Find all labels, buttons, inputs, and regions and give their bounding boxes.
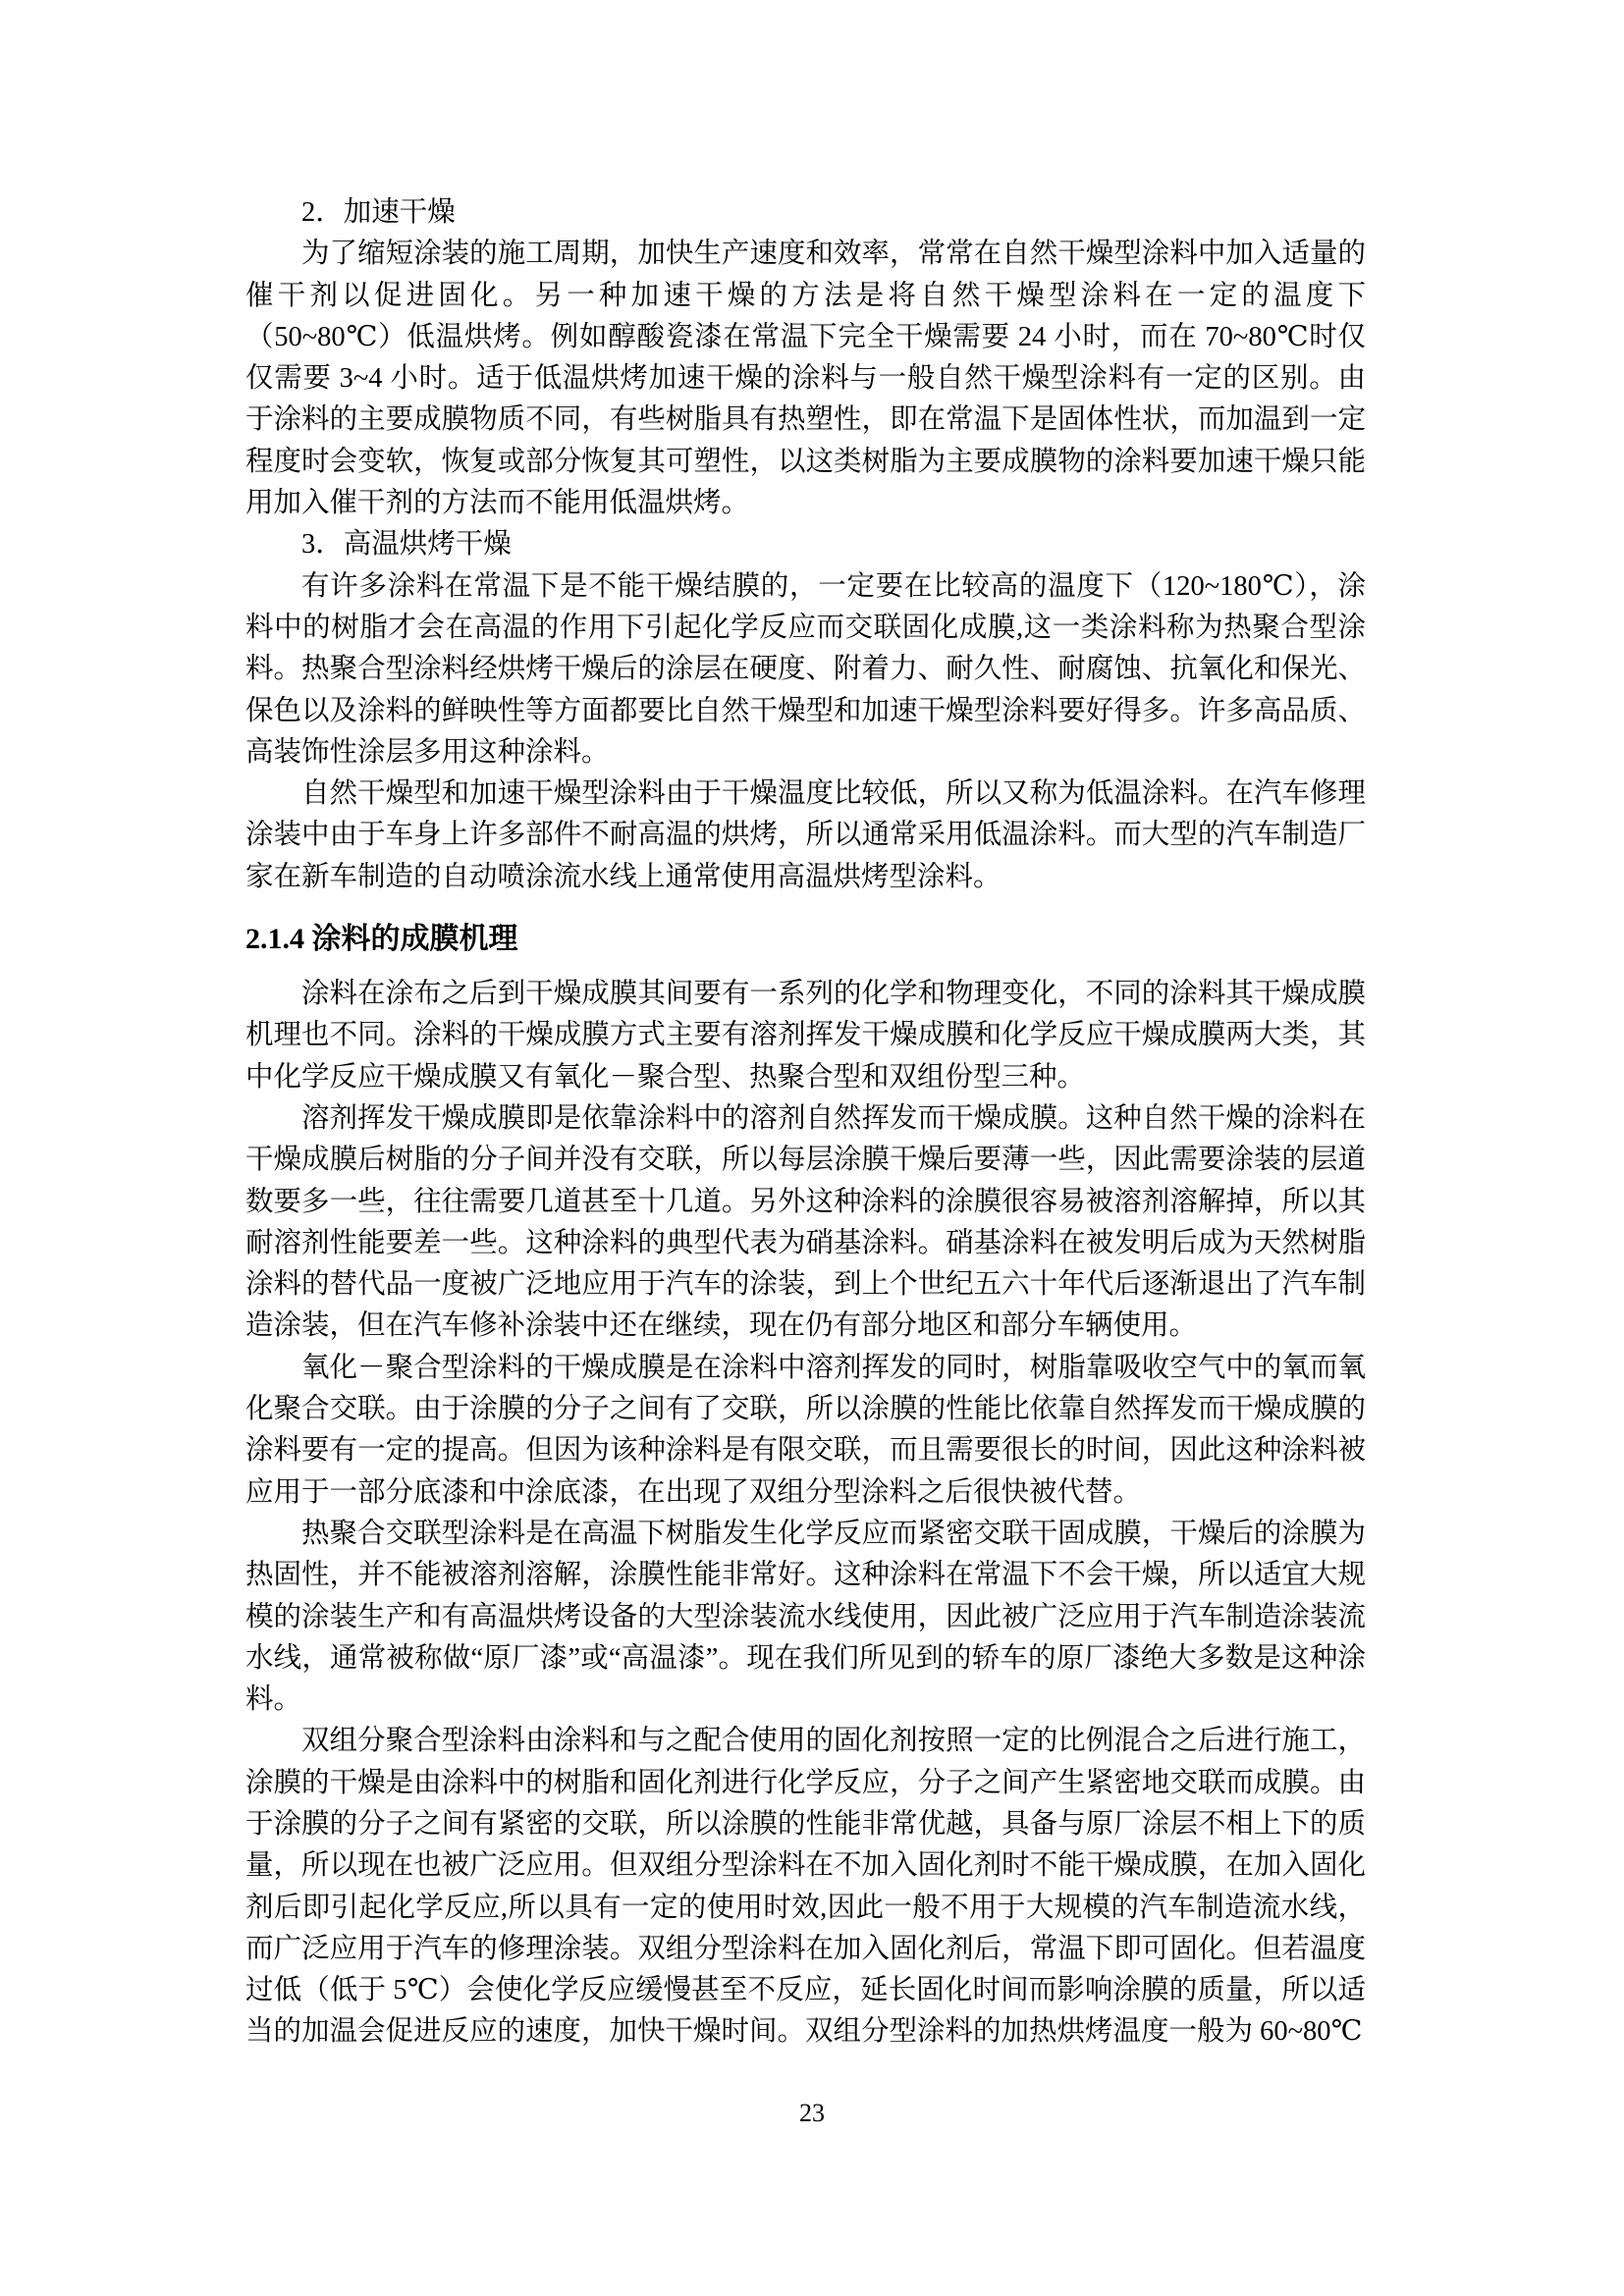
page-body-text: 2．加速干燥 为了缩短涂装的施工周期，加快生产速度和效率，常常在自然干燥型涂料中…	[245, 192, 1366, 2054]
list-item-high-temp-baking-title: 3．高温烘烤干燥	[245, 524, 1366, 565]
list-item-accelerated-drying-title: 2．加速干燥	[245, 192, 1366, 234]
paragraph-oxidation-polymerization: 氧化－聚合型涂料的干燥成膜是在涂料中溶剂挥发的同时，树脂靠吸收空气中的氧而氧化聚…	[245, 1348, 1366, 1514]
page-number: 23	[0, 2099, 1624, 2128]
paragraph-two-component: 双组分聚合型涂料由涂料和与之配合使用的固化剂按照一定的比例混合之后进行施工，涂膜…	[245, 1721, 1366, 2053]
section-heading-film-forming-mechanism: 2.1.4 涂料的成膜机理	[245, 919, 1366, 960]
paragraph-thermal-polymerization: 热聚合交联型涂料是在高温下树脂发生化学反应而紧密交联干固成膜，干燥后的涂膜为热固…	[245, 1514, 1366, 1721]
paragraph-solvent-evaporation: 溶剂挥发干燥成膜即是依靠涂料中的溶剂自然挥发而干燥成膜。这种自然干燥的涂料在干燥…	[245, 1098, 1366, 1348]
paragraph-accelerated-drying: 为了缩短涂装的施工周期，加快生产速度和效率，常常在自然干燥型涂料中加入适量的催干…	[245, 234, 1366, 524]
paragraph-film-forming-intro: 涂料在涂布之后到干燥成膜其间要有一系列的化学和物理变化，不同的涂料其干燥成膜机理…	[245, 974, 1366, 1098]
document-page: 2．加速干燥 为了缩短涂装的施工周期，加快生产速度和效率，常常在自然干燥型涂料中…	[0, 0, 1624, 2296]
paragraph-low-temp-paints: 自然干燥型和加速干燥型涂料由于干燥温度比较低，所以又称为低温涂料。在汽车修理涂装…	[245, 774, 1366, 898]
paragraph-high-temp-baking: 有许多涂料在常温下是不能干燥结膜的，一定要在比较高的温度下（120~180℃），…	[245, 566, 1366, 774]
